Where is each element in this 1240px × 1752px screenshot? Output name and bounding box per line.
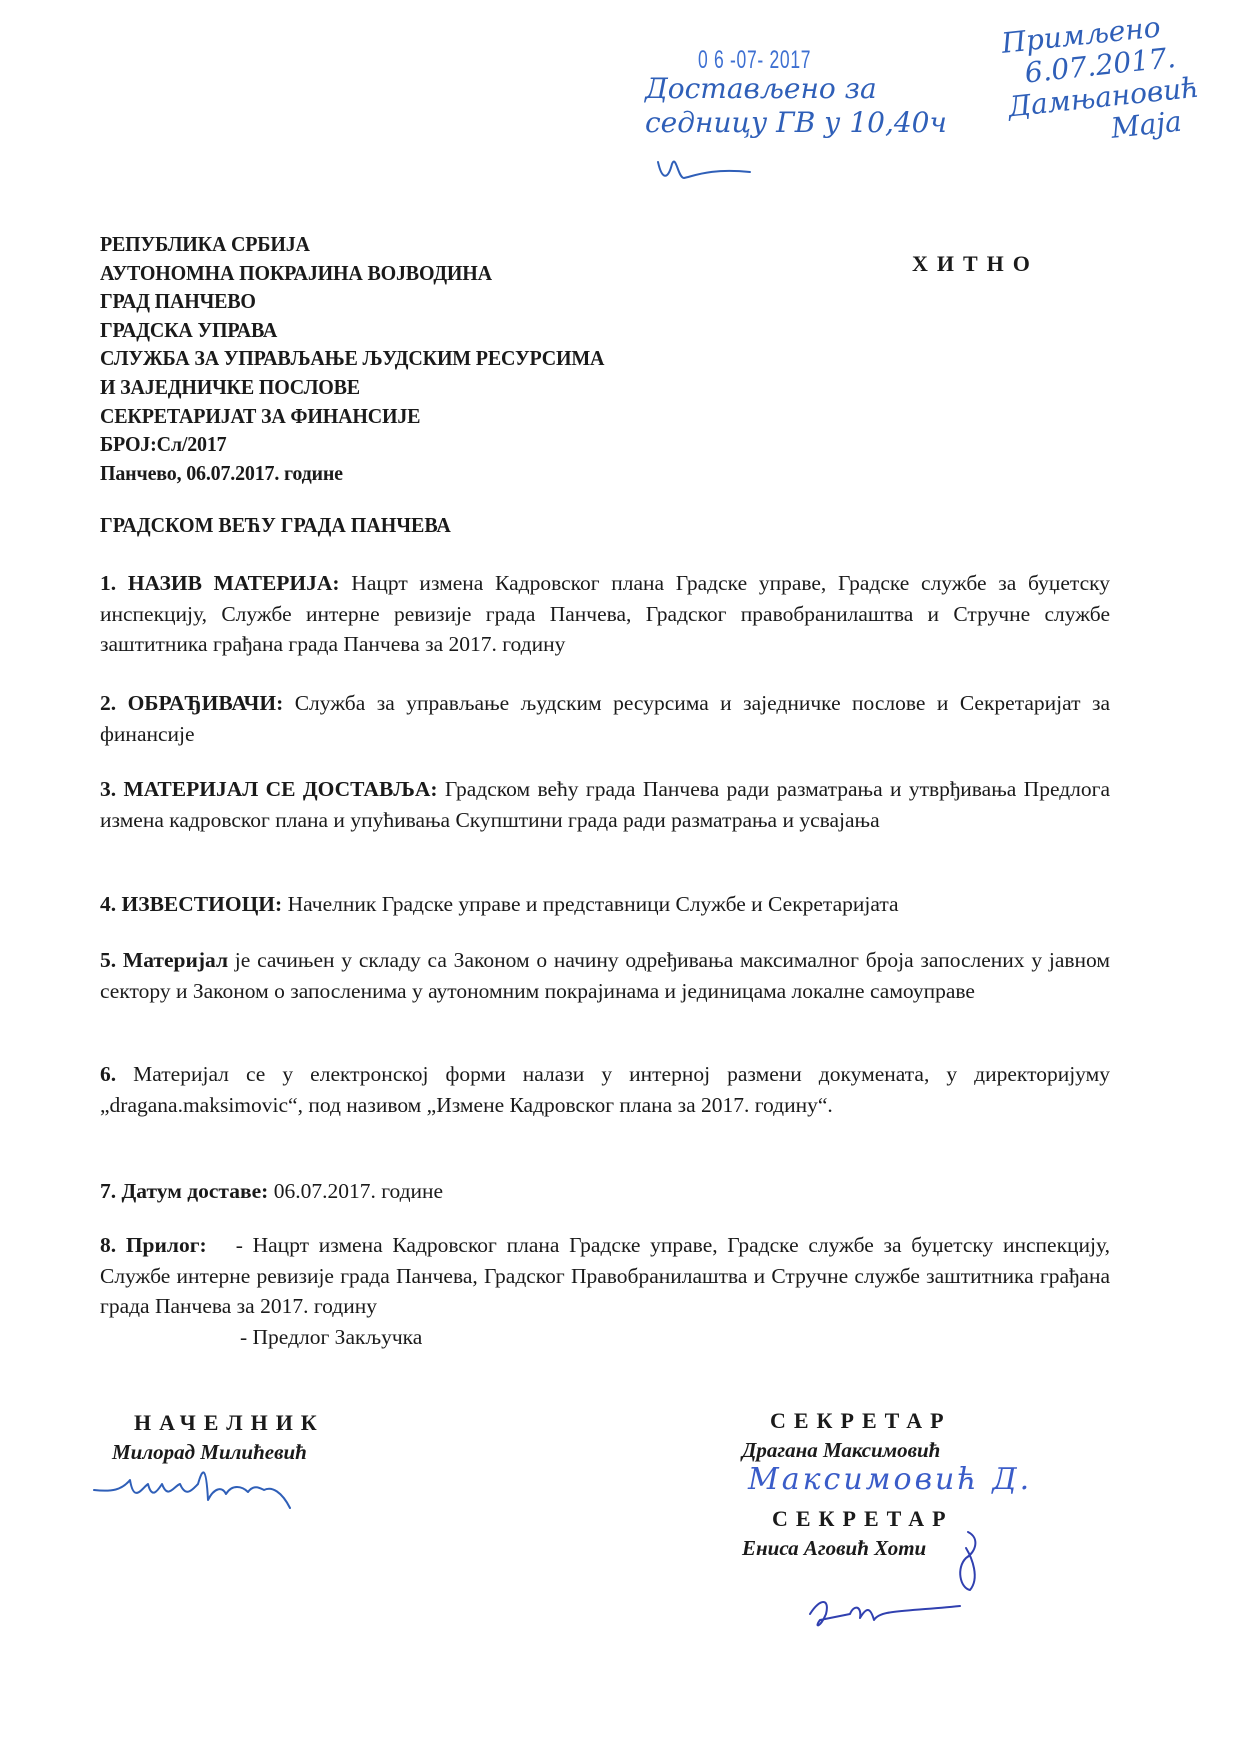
item-rapporteurs: 4. ИЗВЕСТИОЦИ: Начелник Градске управе и… xyxy=(100,889,1110,920)
header-administration: ГРАДСКА УПРАВА xyxy=(100,316,604,345)
header-secretariat: СЕКРЕТАРИЈАТ ЗА ФИНАНСИЈЕ xyxy=(100,402,604,431)
item-text: - Нацрт измена Кадровског плана Градске … xyxy=(100,1233,1115,1318)
item-attachments: 8. Прилог: - Нацрт измена Кадровског пла… xyxy=(100,1230,1110,1352)
item-delivered-to: 3. МАТЕРИЈАЛ СЕ ДОСТАВЉА: Градском већу … xyxy=(100,774,1110,835)
item-label: 1. НАЗИВ МАТЕРИЈА: xyxy=(100,571,340,595)
item-label: 2. ОБРАЂИВАЧИ: xyxy=(100,691,283,715)
item-label: 5. Материјал xyxy=(100,948,228,972)
handwritten-initials xyxy=(650,150,760,190)
handwritten-signature-secretary-finance xyxy=(790,1528,990,1648)
item-prepared-by: 2. ОБРАЂИВАЧИ: Служба за управљање људск… xyxy=(100,688,1110,749)
item-text: Начелник Градске управе и представници С… xyxy=(282,892,898,916)
handwritten-note-received: Примљено 6.07.2017. Дамњановић Маја xyxy=(1000,8,1204,155)
header-reference-number: БРОЈ:Сл/2017 xyxy=(100,430,604,459)
item-material-title: 1. НАЗИВ МАТЕРИЈА: Нацрт измена Кадровск… xyxy=(100,568,1110,660)
item-delivery-date: 7. Датум доставе: 06.07.2017. године xyxy=(100,1176,1110,1207)
item-label: 3. МАТЕРИЈАЛ СЕ ДОСТАВЉА: xyxy=(100,777,438,801)
header-country: РЕПУБЛИКА СРБИЈА xyxy=(100,230,604,259)
header-service: СЛУЖБА ЗА УПРАВЉАЊЕ ЉУДСКИМ РЕСУРСИМА xyxy=(100,344,604,373)
signature-block-secretary-hr: СЕКРЕТАР Драгана Максимовић xyxy=(742,1408,952,1463)
signature-title: НАЧЕЛНИК xyxy=(112,1410,325,1436)
handwritten-note-delivered: Достављено за седницу ГВ у 10,40ч xyxy=(645,72,947,140)
signature-title: СЕКРЕТАР xyxy=(742,1408,952,1434)
handwritten-signature-chief xyxy=(92,1470,352,1530)
item-text: Материјал се у електронској форми налази… xyxy=(100,1062,1110,1117)
header-service-cont: И ЗАЈЕДНИЧКЕ ПОСЛОВЕ xyxy=(100,373,604,402)
signature-name: Драгана Максимовић xyxy=(742,1438,952,1463)
header-place-date: Панчево, 06.07.2017. године xyxy=(100,459,604,488)
item-label: 8. Прилог: xyxy=(100,1233,207,1257)
item-text: је сачињен у складу са Законом о начину … xyxy=(100,948,1110,1003)
issuer-header: РЕПУБЛИКА СРБИЈА АУТОНОМНА ПОКРАЈИНА ВОЈ… xyxy=(100,230,604,487)
item-legal-basis: 5. Материјал је сачињен у складу са Зако… xyxy=(100,945,1110,1006)
urgent-label: ХИТНО xyxy=(912,251,1039,277)
item-electronic-location: 6. Материјал се у електронској форми нал… xyxy=(100,1059,1110,1120)
item-label: 6. xyxy=(100,1062,116,1086)
signature-block-chief: НАЧЕЛНИК Милорад Милићевић xyxy=(112,1410,325,1465)
header-city: ГРАД ПАНЧЕВО xyxy=(100,287,604,316)
item-label: 4. ИЗВЕСТИОЦИ: xyxy=(100,892,282,916)
received-date-stamp: 0 6 -07- 2017 xyxy=(698,46,811,75)
signature-name: Милорад Милићевић xyxy=(112,1440,325,1465)
addressee: ГРАДСКОМ ВЕЋУ ГРАДА ПАНЧЕВА xyxy=(100,513,451,538)
header-province: АУТОНОМНА ПОКРАЈИНА ВОЈВОДИНА xyxy=(100,259,604,288)
attachment-conclusion: - Предлог Закључка xyxy=(100,1322,1110,1353)
item-text: 06.07.2017. године xyxy=(268,1179,443,1203)
item-label: 7. Датум доставе: xyxy=(100,1179,268,1203)
handwritten-signature-secretary-hr: Максимовић Д. xyxy=(748,1462,1032,1497)
